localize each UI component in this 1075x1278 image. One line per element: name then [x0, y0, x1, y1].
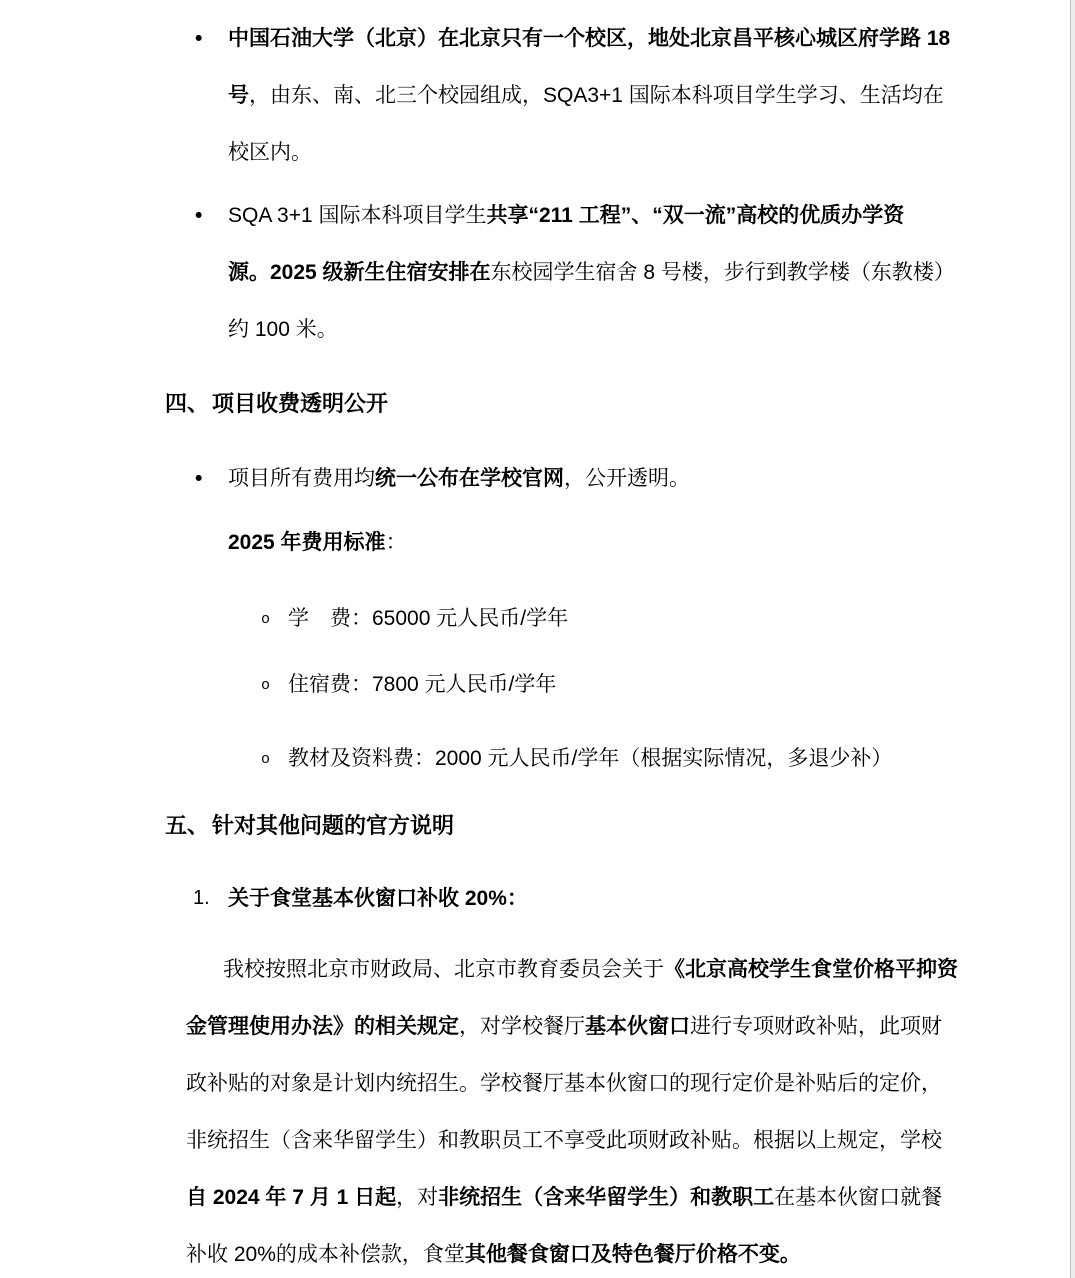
- text-segment: 针对其他问题的官方说明: [212, 813, 454, 838]
- bullet-icon: •: [195, 450, 202, 507]
- text-segment: 进行专项财政补贴，此项财: [690, 1015, 942, 1038]
- heading-section-5: 五、针对其他问题的官方说明: [165, 797, 454, 854]
- text-segment: 在基本伙窗口就餐: [774, 1186, 942, 1209]
- text-segment: 2025 年费用标准: [228, 531, 386, 554]
- text-segment: ，对: [396, 1186, 438, 1209]
- text-line: 中国石油大学（北京）在北京只有一个校区，地处北京昌平核心城区府学路 18: [228, 10, 950, 67]
- text-line: 号，由东、南、北三个校园组成，SQA3+1 国际本科项目学生学习、生活均在: [228, 67, 950, 124]
- text-segment: 学 费：65000 元人民币/学年: [288, 607, 568, 630]
- text-segment: ，由东、南、北三个校园组成，SQA3+1 国际本科项目学生学习、生活均在: [249, 84, 944, 107]
- text-segment: 东校园学生宿舍 8 号楼，步行到教学楼（东教楼）: [491, 261, 955, 284]
- fee-item-tuition: o学 费：65000 元人民币/学年: [288, 590, 568, 647]
- sub-bullet-icon: o: [261, 731, 270, 788]
- text-line: 五、针对其他问题的官方说明: [165, 797, 454, 854]
- text-line: 项目所有费用均统一公布在学校官网，公开透明。: [228, 450, 690, 507]
- text-segment: 校区内。: [228, 141, 312, 164]
- text-segment: 约 100 米。: [228, 318, 338, 341]
- section-number: 五、: [165, 797, 212, 854]
- text-line: 教材及资料费：2000 元人民币/学年（根据实际情况，多退少补）: [288, 730, 892, 787]
- text-segment: 项目所有费用均: [228, 467, 375, 490]
- text-segment: 金管理使用办法》的相关规定: [186, 1015, 459, 1038]
- text-line: 约 100 米。: [228, 301, 955, 358]
- text-segment: 关于食堂基本伙窗口补收 20%：: [228, 887, 528, 910]
- text-line: 源。2025 级新生住宿安排在东校园学生宿舍 8 号楼，步行到教学楼（东教楼）: [228, 244, 955, 301]
- scrollbar-track[interactable]: [1070, 0, 1075, 1278]
- fee-item-materials: o教材及资料费：2000 元人民币/学年（根据实际情况，多退少补）: [288, 730, 892, 787]
- text-segment: 住宿费：7800 元人民币/学年: [288, 673, 556, 696]
- number-label: 1.: [193, 870, 210, 927]
- text-segment: ，对学校餐厅: [459, 1015, 585, 1038]
- list-item-housing: •SQA 3+1 国际本科项目学生共享“211 工程”、“双一流”高校的优质办学…: [228, 187, 955, 358]
- text-segment: 自 2024 年 7 月 1 日起: [186, 1186, 396, 1209]
- text-segment: ：: [386, 531, 407, 554]
- text-line: 四、项目收费透明公开: [165, 375, 388, 432]
- section-number: 四、: [165, 375, 212, 432]
- bullet-icon: •: [195, 187, 202, 244]
- text-segment: 共享“211 工程”、“双一流”高校的优质办学资: [486, 204, 904, 227]
- list-item-campus: •中国石油大学（北京）在北京只有一个校区，地处北京昌平核心城区府学路 18号，由…: [228, 10, 950, 181]
- text-segment: 统一公布在学校官网: [375, 467, 564, 490]
- text-line: 住宿费：7800 元人民币/学年: [288, 656, 556, 713]
- text-line: 补收 20%的成本补偿款，食堂其他餐食窗口及特色餐厅价格不变。: [186, 1226, 958, 1278]
- text-segment: 政补贴的对象是计划内统招生。学校餐厅基本伙窗口的现行定价是补贴后的定价，: [186, 1072, 942, 1095]
- fee-item-accommodation: o住宿费：7800 元人民币/学年: [288, 656, 556, 713]
- text-segment: 号: [228, 84, 249, 107]
- text-line: 关于食堂基本伙窗口补收 20%：: [228, 870, 528, 927]
- text-segment: 项目收费透明公开: [212, 391, 388, 416]
- bullet-icon: •: [195, 10, 202, 67]
- text-segment: 非统招生（含来华留学生）和教职员工不享受此项财政补贴。根据以上规定，学校: [186, 1129, 942, 1152]
- list-item-fees-public: •项目所有费用均统一公布在学校官网，公开透明。: [228, 450, 690, 507]
- text-segment: 其他餐食窗口及特色餐厅价格不变。: [465, 1243, 801, 1266]
- text-segment: 非统招生（含来华留学生）和教职工: [438, 1186, 774, 1209]
- text-segment: 《北京高校学生食堂价格平抑资: [664, 958, 958, 981]
- fee-standard-title: 2025 年费用标准：: [228, 514, 407, 571]
- text-line: 金管理使用办法》的相关规定，对学校餐厅基本伙窗口进行专项财政补贴，此项财: [186, 998, 958, 1055]
- text-segment: ，公开透明。: [564, 467, 690, 490]
- text-segment: 我校按照北京市财政局、北京市教育委员会关于: [223, 958, 664, 981]
- text-segment: 基本伙窗口: [585, 1015, 690, 1038]
- text-segment: 补收 20%的成本补偿款，食堂: [186, 1243, 465, 1266]
- sub-bullet-icon: o: [261, 657, 270, 714]
- text-line: 我校按照北京市财政局、北京市教育委员会关于《北京高校学生食堂价格平抑资: [186, 941, 958, 998]
- text-line: 政补贴的对象是计划内统招生。学校餐厅基本伙窗口的现行定价是补贴后的定价，: [186, 1055, 958, 1112]
- sub-bullet-icon: o: [261, 591, 270, 648]
- text-segment: 中国石油大学（北京）在北京只有一个校区，地处北京昌平核心城区府学路 18: [228, 27, 950, 50]
- text-line: 2025 年费用标准：: [228, 514, 407, 571]
- document-page: •中国石油大学（北京）在北京只有一个校区，地处北京昌平核心城区府学路 18号，由…: [0, 0, 1075, 1278]
- paragraph-canteen-policy: 我校按照北京市财政局、北京市教育委员会关于《北京高校学生食堂价格平抑资金管理使用…: [186, 941, 958, 1278]
- text-line: 学 费：65000 元人民币/学年: [288, 590, 568, 647]
- numbered-item-canteen-surcharge: 1.关于食堂基本伙窗口补收 20%：: [228, 870, 528, 927]
- text-segment: 教材及资料费：2000 元人民币/学年（根据实际情况，多退少补）: [288, 747, 892, 770]
- text-line: SQA 3+1 国际本科项目学生共享“211 工程”、“双一流”高校的优质办学资: [228, 187, 955, 244]
- text-line: 校区内。: [228, 124, 950, 181]
- text-line: 自 2024 年 7 月 1 日起，对非统招生（含来华留学生）和教职工在基本伙窗…: [186, 1169, 958, 1226]
- text-segment: SQA 3+1 国际本科项目学生: [228, 204, 486, 227]
- text-line: 非统招生（含来华留学生）和教职员工不享受此项财政补贴。根据以上规定，学校: [186, 1112, 958, 1169]
- heading-section-4: 四、项目收费透明公开: [165, 375, 388, 432]
- text-segment: 源。2025 级新生住宿安排在: [228, 261, 491, 284]
